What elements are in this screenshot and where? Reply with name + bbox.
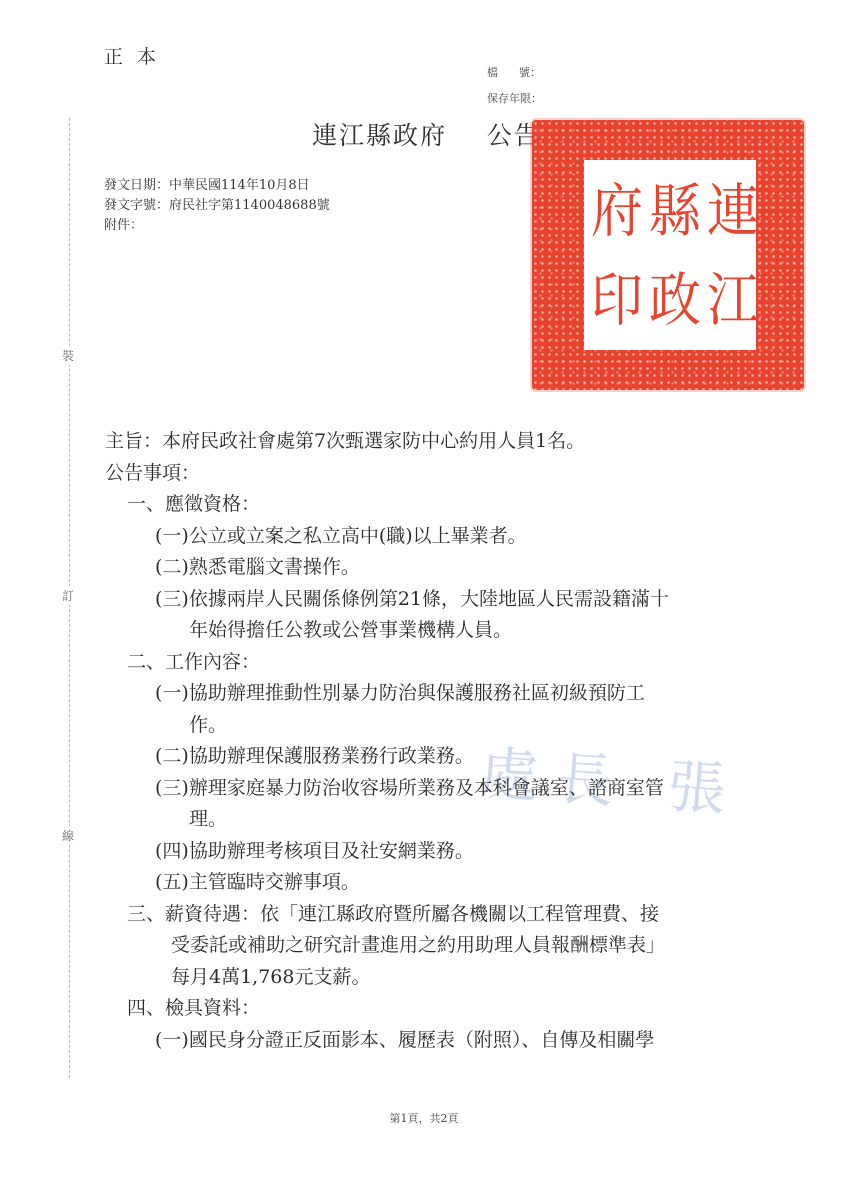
- subject-line: 主旨：本府民政社會處第7次甄選家防中心約用人員1名。: [105, 426, 765, 458]
- binding-char-ding: 訂: [62, 586, 74, 605]
- section-heading-documents: 四、檢具資料：: [105, 993, 765, 1025]
- document-number: 發文字號：府民社字第1140048688號: [104, 196, 330, 216]
- list-item-continuation: 理。: [105, 804, 765, 836]
- issue-date: 發文日期：中華民國114年10月8日: [104, 176, 330, 196]
- list-item: (一)國民身分證正反面影本、履歷表（附照）、自傳及相關學: [105, 1025, 765, 1057]
- seal-char: 縣: [649, 182, 701, 240]
- list-item: (四)協助辦理考核項目及社安網業務。: [105, 836, 765, 868]
- list-item: (二)熟悉電腦文書操作。: [105, 552, 765, 584]
- binding-char-zhuang: 裝: [62, 346, 74, 365]
- seal-column-3: 府 印: [591, 166, 643, 344]
- retention-period-label: 保存年限：: [487, 86, 542, 112]
- section-heading-qualifications: 一、應徵資格：: [105, 489, 765, 521]
- seal-column-2: 縣 政: [649, 166, 701, 344]
- attachment-label: 附件：: [104, 216, 330, 236]
- file-meta: 檔 號： 保存年限：: [487, 60, 542, 112]
- seal-inner-field: 連 江 縣 政 府 印: [584, 160, 756, 350]
- list-item: (一)公立或立案之私立高中(職)以上畢業者。: [105, 521, 765, 553]
- list-item: (三)辦理家庭暴力防治收容場所業務及本科會議室、諮商室管: [105, 773, 765, 805]
- list-item: (五)主管臨時交辦事項。: [105, 867, 765, 899]
- official-red-seal: 連 江 縣 政 府 印: [532, 120, 804, 390]
- binding-char-xian: 線: [62, 826, 74, 845]
- list-item: (一)協助辦理推動性別暴力防治與保護服務社區初級預防工: [105, 678, 765, 710]
- announcement-heading: 公告事項：: [105, 458, 765, 490]
- salary-amount: 每月4萬1,768元支薪。: [105, 962, 765, 994]
- document-body: 主旨：本府民政社會處第7次甄選家防中心約用人員1名。 公告事項： 一、應徵資格：…: [105, 426, 765, 1056]
- section-heading-salary: 三、薪資待遇：依「連江縣政府暨所屬各機關以工程管理費、接: [105, 899, 765, 931]
- seal-char: 連: [707, 182, 759, 240]
- section-heading-duties: 二、工作內容：: [105, 647, 765, 679]
- list-item: (二)協助辦理保護服務業務行政業務。: [105, 741, 765, 773]
- original-copy-mark: 正本: [104, 42, 170, 69]
- page-number: 第1頁，共2頁: [0, 1110, 848, 1126]
- seal-char: 政: [649, 271, 701, 329]
- document-title: 連江縣政府 公告: [312, 116, 541, 152]
- file-number-label: 檔 號：: [487, 60, 542, 86]
- seal-column-1: 連 江: [707, 166, 759, 344]
- list-item: (三)依據兩岸人民關係條例第21條，大陸地區人民需設籍滿十: [105, 584, 765, 616]
- seal-char: 江: [707, 271, 759, 329]
- seal-char: 府: [591, 182, 643, 240]
- list-item-continuation: 年始得擔任公教或公營事業機構人員。: [105, 615, 765, 647]
- seal-char: 印: [591, 271, 643, 329]
- list-item-continuation: 作。: [105, 710, 765, 742]
- header-fields: 發文日期：中華民國114年10月8日 發文字號：府民社字第1140048688號…: [104, 176, 330, 236]
- salary-continuation: 受委託或補助之研究計畫進用之約用助理人員報酬標準表」: [105, 930, 765, 962]
